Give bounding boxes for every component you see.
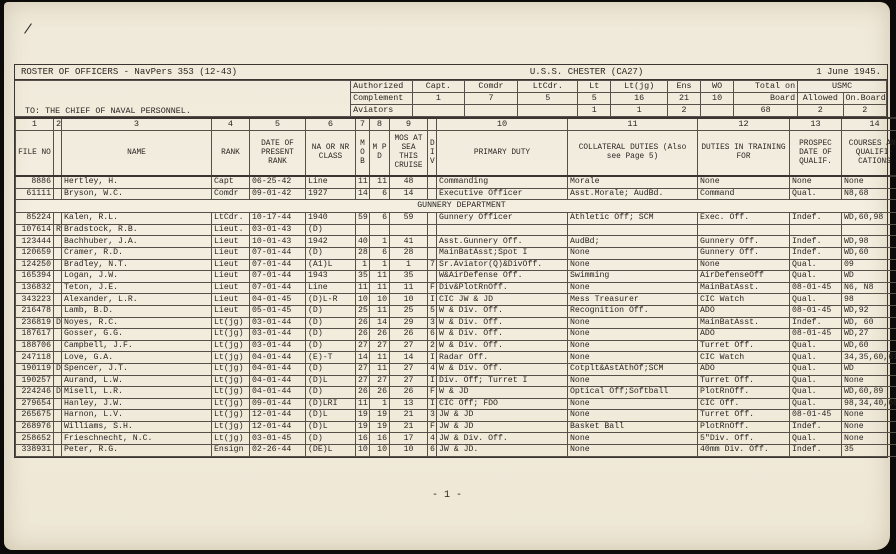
mos-cell: 27	[390, 363, 428, 375]
flag-cell	[54, 294, 62, 306]
to-line: TO: THE CHIEF OF NAVAL PERSONNEL.	[15, 81, 351, 117]
column-number: 1	[16, 118, 54, 131]
rank-header: Lt	[578, 81, 611, 93]
prospec-cell: Qual.	[790, 398, 842, 410]
name-cell: Alexander, L.R.	[62, 294, 212, 306]
rank-cell: Lt(jg)	[212, 352, 250, 364]
primary-duty-cell: CIC JW & JD	[437, 294, 568, 306]
file-no-cell: 188706	[16, 340, 54, 352]
courses-cell: N8,68	[842, 188, 896, 200]
table-row: 236819 D Noyes, R.C. Lt(jg) 03-01-44 (D)…	[16, 317, 896, 329]
rank-cell: Lieut	[212, 247, 250, 259]
class-cell: (DE)L	[306, 445, 356, 457]
courses-cell: None	[842, 375, 896, 387]
class-cell: (D)L	[306, 421, 356, 433]
header-col2	[54, 131, 62, 177]
class-cell: Line	[306, 176, 356, 188]
courses-cell: WD,60,89	[842, 387, 896, 399]
rank-cell: Lieut	[212, 305, 250, 317]
mpd-cell: 14	[370, 317, 390, 329]
column-number: 9	[390, 118, 428, 131]
table-row: 61111 Bryson, W.C. Comdr 09-01-42 1927 1…	[16, 188, 896, 200]
rank-header: Ens	[668, 81, 701, 93]
table-row: 8886 Hertley, H. Capt 06-25-42 Line 11 1…	[16, 176, 896, 188]
primary-duty-cell: JW & JD	[437, 410, 568, 422]
training-cell: None	[698, 259, 790, 271]
header-training: DUTIES IN TRAINING FOR	[698, 131, 790, 177]
rank-cell: Lt(jg)	[212, 410, 250, 422]
mob-cell: 19	[356, 410, 370, 422]
courses-cell: WD	[842, 271, 896, 283]
prospec-cell: 08-01-45	[790, 305, 842, 317]
primary-duty-cell: Radar Off.	[437, 352, 568, 364]
collateral-cell: Cotplt&AstAthOf;SCM	[568, 363, 698, 375]
header-mpd: M P D	[370, 131, 390, 177]
column-number: 10	[437, 118, 568, 131]
courses-cell: 09	[842, 259, 896, 271]
training-cell: AirDefenseOff	[698, 271, 790, 283]
flag-cell: D	[54, 387, 62, 399]
class-cell: (D)L	[306, 410, 356, 422]
name-cell: Misell, L.R.	[62, 387, 212, 399]
div-cell: 6	[428, 329, 437, 341]
table-row: 188706 Campbell, J.F. Lt(jg) 03-01-44 (D…	[16, 340, 896, 352]
mos-cell: 29	[390, 317, 428, 329]
header-date-rank: DATE OF PRESENT RANK	[250, 131, 306, 177]
mos-cell: 14	[390, 188, 428, 200]
ship-name: U.S.S. CHESTER (CA27)	[530, 67, 643, 77]
mpd-cell: 6	[370, 213, 390, 225]
mpd-cell: 10	[370, 294, 390, 306]
mob-cell: 11	[356, 398, 370, 410]
prospec-cell: None	[790, 176, 842, 188]
header-collateral: COLLATERAL DUTIES (Also see Page 5)	[568, 131, 698, 177]
courses-cell: WD,92	[842, 305, 896, 317]
column-number	[428, 118, 437, 131]
training-cell: PlotRnOff.	[698, 387, 790, 399]
name-cell: Lamb, B.D.	[62, 305, 212, 317]
primary-duty-cell: JW & Div. Off.	[437, 433, 568, 445]
mob-cell: 27	[356, 363, 370, 375]
mos-cell: 11	[390, 282, 428, 294]
mos-cell: 21	[390, 410, 428, 422]
complement-value: 5	[578, 93, 611, 105]
primary-duty-cell: CIC Off; FDO	[437, 398, 568, 410]
rank-cell: Lt(jg)	[212, 433, 250, 445]
date-rank-cell: 07-01-44	[250, 282, 306, 294]
flag-cell	[54, 445, 62, 457]
rank-cell: Lt(jg)	[212, 317, 250, 329]
date-rank-cell: 03-01-43	[250, 224, 306, 236]
collateral-cell: Mess Treasurer	[568, 294, 698, 306]
training-cell: PlotRnOff.	[698, 421, 790, 433]
prospec-cell: Qual.	[790, 340, 842, 352]
rank-cell: Lieut	[212, 282, 250, 294]
usmc-allowed-label: Allowed	[798, 93, 843, 105]
header-rank: RANK	[212, 131, 250, 177]
gunnery-rows: 85224 Kalen, R.L. LtCdr. 10-17-44 1940 5…	[16, 213, 896, 456]
name-cell: Love, G.A.	[62, 352, 212, 364]
class-cell: (D)	[306, 387, 356, 399]
class-cell: 1940	[306, 213, 356, 225]
div-cell	[428, 213, 437, 225]
mpd-cell: 26	[370, 387, 390, 399]
training-cell: Gunnery Off.	[698, 247, 790, 259]
flag-cell	[54, 375, 62, 387]
rank-cell: Lt(jg)	[212, 398, 250, 410]
class-cell: (D)L	[306, 375, 356, 387]
file-no-cell: 265675	[16, 410, 54, 422]
complement-value: 16	[611, 93, 668, 105]
aviators-value	[701, 105, 734, 117]
rank-cell: Capt	[212, 176, 250, 188]
file-no-cell: 279654	[16, 398, 54, 410]
file-no-cell: 343223	[16, 294, 54, 306]
primary-duty-cell: W & JD	[437, 387, 568, 399]
table-row: 268976 Williams, S.H. Lt(jg) 12-01-44 (D…	[16, 421, 896, 433]
mpd-cell: 19	[370, 410, 390, 422]
flag-cell	[54, 421, 62, 433]
header-prospec: PROSPEC DATE OF QUALIF.	[790, 131, 842, 177]
mos-cell: 25	[390, 305, 428, 317]
file-no-cell: 165394	[16, 271, 54, 283]
mob-cell: 35	[356, 271, 370, 283]
primary-duty-cell: W & Div. Off.	[437, 340, 568, 352]
mpd-cell: 16	[370, 433, 390, 445]
column-number: 12	[698, 118, 790, 131]
flag-cell	[54, 271, 62, 283]
courses-cell: WD,60	[842, 340, 896, 352]
prospec-cell: 08-01-45	[790, 282, 842, 294]
div-cell: 7	[428, 259, 437, 271]
usmc-onboard-label: On.Board	[843, 93, 886, 105]
collateral-cell: None	[568, 375, 698, 387]
courses-cell: 35	[842, 445, 896, 457]
primary-duty-cell: W & Div. Off.	[437, 329, 568, 341]
column-number-row: 1 2 3 4 5 6 7 8 9 10 11 12 13 14	[16, 118, 896, 131]
table-row: 338931 Peter, R.G. Ensign 02-26-44 (DE)L…	[16, 445, 896, 457]
class-cell: (D)	[306, 305, 356, 317]
primary-duty-cell: Executive Officer	[437, 188, 568, 200]
complement-value: 10	[701, 93, 734, 105]
collateral-cell: None	[568, 329, 698, 341]
class-cell: (D)	[306, 340, 356, 352]
column-number: 11	[568, 118, 698, 131]
rank-header: Comdr	[464, 81, 518, 93]
courses-cell: WD	[842, 363, 896, 375]
form-title: ROSTER OF OFFICERS - NavPers 353 (12-43)	[21, 67, 237, 77]
courses-cell: WD,60	[842, 247, 896, 259]
rank-cell: Lieut	[212, 259, 250, 271]
complement-table: TO: THE CHIEF OF NAVAL PERSONNEL. Author…	[15, 80, 887, 117]
training-cell: ADO	[698, 363, 790, 375]
primary-duty-cell: Gunnery Officer	[437, 213, 568, 225]
mob-cell: 25	[356, 305, 370, 317]
rank-header: LtCdr.	[518, 81, 578, 93]
mob-cell: 26	[356, 329, 370, 341]
class-cell: (E)-T	[306, 352, 356, 364]
name-cell: Williams, S.H.	[62, 421, 212, 433]
complement-row-label: Complement	[351, 93, 413, 105]
training-cell: 40mm Div. Off.	[698, 445, 790, 457]
mpd-cell: 1	[370, 236, 390, 248]
file-no-cell: 268976	[16, 421, 54, 433]
rank-header: Capt.	[413, 81, 465, 93]
roster-form: ROSTER OF OFFICERS - NavPers 353 (12-43)…	[14, 64, 888, 458]
file-no-cell: 190257	[16, 375, 54, 387]
page-number: - 1 -	[4, 490, 890, 501]
primary-duty-cell: Div&PlotRnOff.	[437, 282, 568, 294]
mob-cell: 19	[356, 421, 370, 433]
header-mob: M O B	[356, 131, 370, 177]
training-cell: MainBatAsst.	[698, 317, 790, 329]
collateral-cell: Basket Ball	[568, 421, 698, 433]
header-class: NA OR NR CLASS	[306, 131, 356, 177]
rank-cell: Lt(jg)	[212, 329, 250, 341]
complement-row-label: Authorized	[351, 81, 413, 93]
mos-cell: 10	[390, 445, 428, 457]
courses-cell: WD,98	[842, 236, 896, 248]
flag-cell	[54, 236, 62, 248]
table-row: 85224 Kalen, R.L. LtCdr. 10-17-44 1940 5…	[16, 213, 896, 225]
mob-cell: 26	[356, 387, 370, 399]
class-cell: (D)L-R	[306, 294, 356, 306]
training-cell: Turret Off.	[698, 375, 790, 387]
mob-cell: 16	[356, 433, 370, 445]
collateral-cell: AudBd;	[568, 236, 698, 248]
prospec-cell: Qual.	[790, 433, 842, 445]
flag-cell	[54, 176, 62, 188]
date-rank-cell: 06-25-42	[250, 176, 306, 188]
column-number: 4	[212, 118, 250, 131]
div-cell	[428, 188, 437, 200]
training-cell: ADO	[698, 329, 790, 341]
mob-cell: 28	[356, 247, 370, 259]
collateral-cell: None	[568, 433, 698, 445]
prospec-cell: Indef.	[790, 445, 842, 457]
mpd-cell: 19	[370, 421, 390, 433]
mob-cell: 14	[356, 352, 370, 364]
primary-duty-cell: W & Div. Off.	[437, 363, 568, 375]
aviators-value	[464, 105, 518, 117]
mob-cell: 14	[356, 188, 370, 200]
header-courses: COURSES AND QUALIFI- CATIONS	[842, 131, 896, 177]
courses-cell: 98,34,40,60	[842, 398, 896, 410]
date-rank-cell: 04-01-45	[250, 294, 306, 306]
prospec-cell: Indef.	[790, 236, 842, 248]
mpd-cell: 6	[370, 247, 390, 259]
usmc-allowed: 2	[798, 105, 843, 117]
file-no-cell: 247118	[16, 352, 54, 364]
name-cell: Peter, R.G.	[62, 445, 212, 457]
rank-cell: LtCdr.	[212, 213, 250, 225]
date-rank-cell: 10-17-44	[250, 213, 306, 225]
date-rank-cell: 07-01-44	[250, 271, 306, 283]
class-cell: (A1)L	[306, 259, 356, 271]
div-cell: I	[428, 398, 437, 410]
mob-cell: 11	[356, 282, 370, 294]
report-date: 1 June 1945.	[816, 67, 881, 77]
courses-cell: 34,35,60,61	[842, 352, 896, 364]
primary-duty-cell: W&AirDefense Off.	[437, 271, 568, 283]
file-no-cell: 224246	[16, 387, 54, 399]
prospec-cell	[790, 224, 842, 236]
date-rank-cell: 03-01-44	[250, 317, 306, 329]
mpd-cell: 11	[370, 305, 390, 317]
prospec-cell: Qual.	[790, 271, 842, 283]
complement-value: 5	[518, 93, 578, 105]
div-cell: 3	[428, 317, 437, 329]
rank-cell: Ensign	[212, 445, 250, 457]
collateral-cell: Athletic Off; SCM	[568, 213, 698, 225]
file-no-cell: 187617	[16, 329, 54, 341]
name-cell: Logan, J.W.	[62, 271, 212, 283]
div-cell: 6	[428, 445, 437, 457]
primary-duty-cell: Div. Off; Turret I	[437, 375, 568, 387]
mos-cell	[390, 224, 428, 236]
div-cell	[428, 236, 437, 248]
date-rank-cell: 04-01-44	[250, 387, 306, 399]
collateral-cell: None	[568, 352, 698, 364]
name-cell: Spencer, J.T.	[62, 363, 212, 375]
flag-cell	[54, 213, 62, 225]
rank-cell: Lt(jg)	[212, 421, 250, 433]
prospec-cell: 08-01-45	[790, 410, 842, 422]
mos-cell: 41	[390, 236, 428, 248]
div-cell: I	[428, 294, 437, 306]
collateral-cell: Morale	[568, 176, 698, 188]
table-row: 120659 Cramer, R.D. Lieut 07-01-44 (D) 2…	[16, 247, 896, 259]
prospec-cell: Qual.	[790, 259, 842, 271]
aviators-value	[518, 105, 578, 117]
prospec-cell: Qual.	[790, 387, 842, 399]
mob-cell: 1	[356, 259, 370, 271]
complement-row-label: Aviators	[351, 105, 413, 117]
mos-cell: 27	[390, 340, 428, 352]
div-cell: 3	[428, 410, 437, 422]
mob-cell: 11	[356, 176, 370, 188]
div-cell	[428, 176, 437, 188]
rank-cell: Lieut	[212, 271, 250, 283]
command-rows: 8886 Hertley, H. Capt 06-25-42 Line 11 1…	[16, 176, 896, 200]
file-no-cell: 124250	[16, 259, 54, 271]
date-rank-cell: 05-01-45	[250, 305, 306, 317]
table-row: 123444 Bachhuber, J.A. Lieut 10-01-43 19…	[16, 236, 896, 248]
primary-duty-cell	[437, 224, 568, 236]
name-cell: Hertley, H.	[62, 176, 212, 188]
mob-cell: 10	[356, 445, 370, 457]
training-cell	[698, 224, 790, 236]
div-cell: F	[428, 387, 437, 399]
class-cell: (D)LRI	[306, 398, 356, 410]
training-cell: Command	[698, 188, 790, 200]
mos-cell: 28	[390, 247, 428, 259]
name-cell: Harnon, L.V.	[62, 410, 212, 422]
collateral-cell: None	[568, 247, 698, 259]
file-no-cell: 258652	[16, 433, 54, 445]
collateral-cell: Optical Off;Softball	[568, 387, 698, 399]
training-cell: MainBatAsst.	[698, 282, 790, 294]
training-cell: 5"Div. Off.	[698, 433, 790, 445]
mob-cell: 10	[356, 294, 370, 306]
file-no-cell: 120659	[16, 247, 54, 259]
date-rank-cell: 04-01-44	[250, 375, 306, 387]
department-row: GUNNERY DEPARTMENT	[16, 200, 896, 213]
mos-cell: 21	[390, 421, 428, 433]
table-row: 216478 Lamb, B.D. Lieut 05-01-45 (D) 25 …	[16, 305, 896, 317]
file-no-cell: 216478	[16, 305, 54, 317]
rank-cell: Lieut	[212, 236, 250, 248]
file-no-cell: 338931	[16, 445, 54, 457]
flag-cell	[54, 340, 62, 352]
collateral-cell: Recognition Off.	[568, 305, 698, 317]
table-row: 224246 D Misell, L.R. Lt(jg) 04-01-44 (D…	[16, 387, 896, 399]
class-cell: (D)	[306, 247, 356, 259]
training-cell: CIC Watch	[698, 352, 790, 364]
collateral-cell: None	[568, 398, 698, 410]
rank-cell: Lt(jg)	[212, 363, 250, 375]
aviators-value: 1	[578, 105, 611, 117]
mob-cell: 27	[356, 375, 370, 387]
prospec-cell: 08-01-45	[790, 329, 842, 341]
column-number: 8	[370, 118, 390, 131]
column-number: 2	[54, 118, 62, 131]
training-cell: Exec. Off.	[698, 213, 790, 225]
column-number: 14	[842, 118, 896, 131]
training-cell: CIC Watch	[698, 294, 790, 306]
check-mark	[24, 23, 32, 33]
column-number: 6	[306, 118, 356, 131]
prospec-cell: Indef.	[790, 247, 842, 259]
rank-header: WO	[701, 81, 734, 93]
column-number: 7	[356, 118, 370, 131]
file-no-cell: 123444	[16, 236, 54, 248]
primary-duty-cell: W & Div. Off.	[437, 317, 568, 329]
mos-cell: 27	[390, 375, 428, 387]
rank-cell: Lt(jg)	[212, 340, 250, 352]
prospec-cell: Qual.	[790, 352, 842, 364]
usmc-onboard: 2	[843, 105, 886, 117]
name-cell: Bryson, W.C.	[62, 188, 212, 200]
flag-cell	[54, 282, 62, 294]
flag-cell	[54, 247, 62, 259]
collateral-cell: None	[568, 445, 698, 457]
total-label: Board	[734, 93, 798, 105]
class-cell: Line	[306, 282, 356, 294]
date-rank-cell: 12-01-44	[250, 410, 306, 422]
mpd-cell: 1	[370, 398, 390, 410]
mpd-cell	[370, 224, 390, 236]
table-row: 190257 Aurand, L.W. Lt(jg) 04-01-44 (D)L…	[16, 375, 896, 387]
courses-cell: None	[842, 410, 896, 422]
mos-cell: 14	[390, 352, 428, 364]
header-div: D I V	[428, 131, 437, 177]
training-cell: Gunnery Off.	[698, 236, 790, 248]
date-rank-cell: 10-01-43	[250, 236, 306, 248]
aviators-value	[413, 105, 465, 117]
mos-cell: 26	[390, 329, 428, 341]
table-row: 279654 Hanley, J.W. Lt(jg) 09-01-44 (D)L…	[16, 398, 896, 410]
class-cell: (D)	[306, 224, 356, 236]
training-cell: Turret Off.	[698, 340, 790, 352]
courses-cell: WD,60,98	[842, 213, 896, 225]
flag-cell	[54, 329, 62, 341]
collateral-cell: Asst.Morale; AudBd.	[568, 188, 698, 200]
header-name: NAME	[62, 131, 212, 177]
table-row: 190119 D Spencer, J.T. Lt(jg) 04-01-44 (…	[16, 363, 896, 375]
mob-cell: 40	[356, 236, 370, 248]
collateral-cell: None	[568, 317, 698, 329]
